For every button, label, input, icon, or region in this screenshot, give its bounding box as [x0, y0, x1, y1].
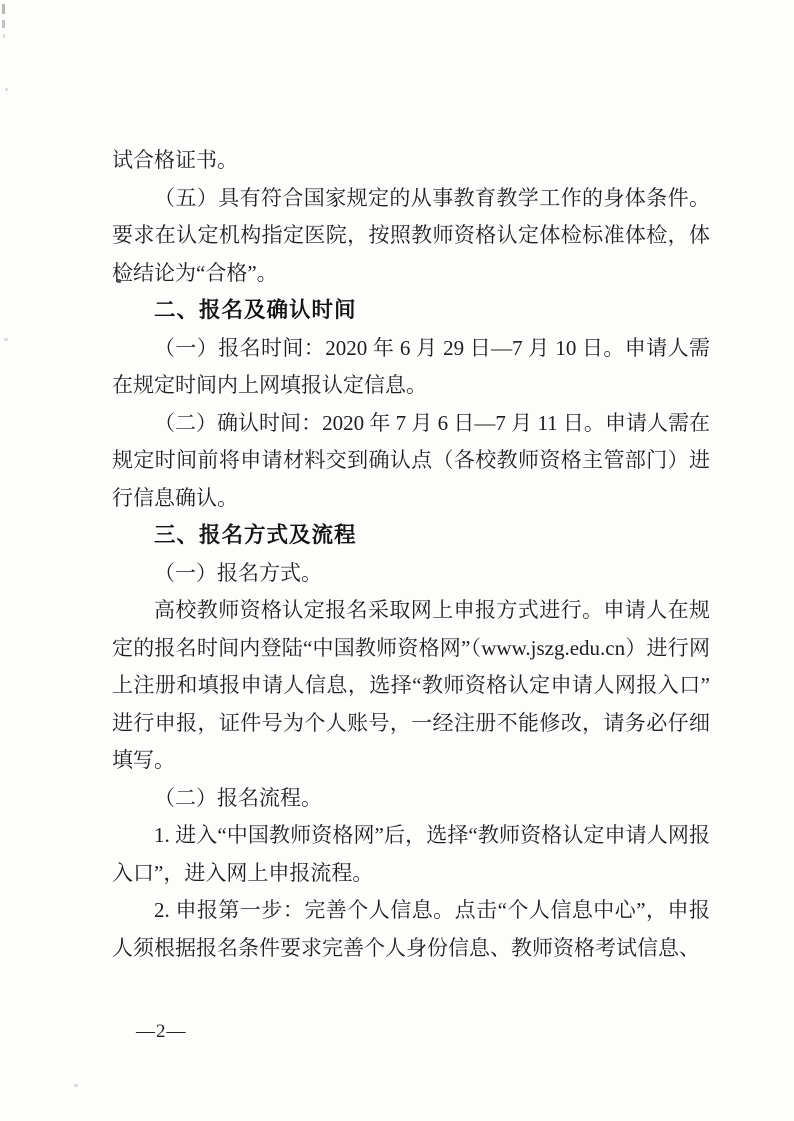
- scan-artifact: [74, 1084, 78, 1087]
- paragraph-reg-method: （一）报名方式。: [112, 555, 710, 593]
- section-heading-3: 三、报名方式及流程: [112, 517, 710, 555]
- scan-artifact: [5, 88, 8, 91]
- section-heading-2: 二、报名及确认时间: [112, 292, 710, 330]
- paragraph-online-apply: 高校教师资格认定报名采取网上申报方式进行。申请人在规定的报名时间内登陆“中国教师…: [112, 592, 710, 780]
- scan-artifact: [2, 4, 5, 14]
- paragraph-step-1: 1. 进入“中国教师资格网”后，选择“教师资格认定申请人网报入口”，进入网上申报…: [112, 817, 710, 892]
- paragraph-step-2: 2. 申报第一步：完善个人信息。点击“个人信息中心”，申报人须根据报名条件要求完…: [112, 892, 710, 967]
- paragraph-item-5: （五）具有符合国家规定的从事教育教学工作的身体条件。要求在认定机构指定医院，按照…: [112, 180, 710, 293]
- scan-artifact: [2, 20, 5, 28]
- paragraph-reg-flow: （二）报名流程。: [112, 780, 710, 818]
- paragraph-continuation: 试合格证书。: [112, 142, 710, 180]
- scan-artifact: [3, 34, 5, 38]
- document-body: 试合格证书。 （五）具有符合国家规定的从事教育教学工作的身体条件。要求在认定机构…: [112, 142, 710, 967]
- scan-artifact: [4, 338, 8, 341]
- paragraph-reg-time: （一）报名时间：2020 年 6 月 29 日—7 月 10 日。申请人需在规定…: [112, 330, 710, 405]
- paragraph-confirm-time: （二）确认时间：2020 年 7 月 6 日—7 月 11 日。申请人需在规定时…: [112, 405, 710, 518]
- page-number: —2—: [136, 1018, 187, 1046]
- scanned-document-page: { "page": { "number": "—2—", "paragraphs…: [0, 0, 794, 1121]
